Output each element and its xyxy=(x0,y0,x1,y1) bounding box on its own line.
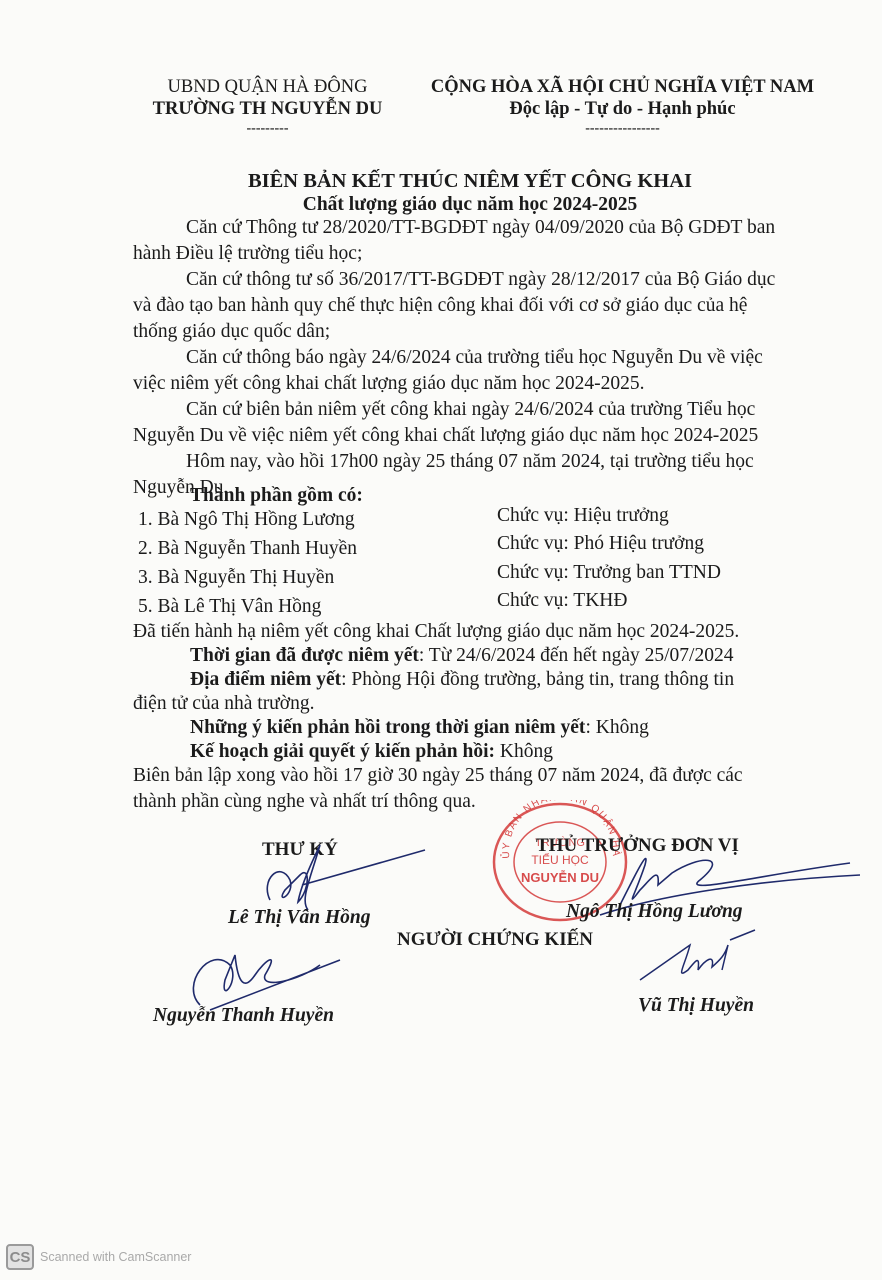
header-right: CỘNG HÒA XÃ HỘI CHỦ NGHĨA VIỆT NAM Độc l… xyxy=(415,76,830,136)
body-line: Căn cứ Thông tư 28/2020/TT-BGDĐT ngày 04… xyxy=(186,216,775,240)
posting-place-value: : Phòng Hội đồng trường, bảng tin, trang… xyxy=(341,669,734,690)
member-role: Chức vụ: TKHĐ xyxy=(497,589,627,613)
camscanner-logo-icon: CS xyxy=(6,1244,34,1270)
document-subtitle: Chất lượng giáo dục năm học 2024-2025 xyxy=(120,194,820,216)
body-line: và đào tạo ban hành quy chế thực hiện cô… xyxy=(133,294,747,318)
member-name: 2. Bà Nguyễn Thanh Huyền xyxy=(138,537,357,561)
header-right-divider: ---------------- xyxy=(415,122,830,136)
body-line: Căn cứ biên bản niêm yết công khai ngày … xyxy=(186,398,755,422)
posting-time-value: : Từ 24/6/2024 đến hết ngày 25/07/2024 xyxy=(419,645,734,666)
body-line: Nguyễn Du về việc niêm yết công khai chấ… xyxy=(133,424,758,448)
posting-time: Thời gian đã được niêm yết: Từ 24/6/2024… xyxy=(190,644,733,668)
secretary-name: Lê Thị Vân Hồng xyxy=(228,906,370,930)
camscanner-watermark: CS Scanned with CamScanner xyxy=(6,1244,191,1270)
head-name: Ngô Thị Hồng Lương xyxy=(566,900,743,924)
members-heading: Thành phần gồm có: xyxy=(190,484,363,508)
feedback: Những ý kiến phản hồi trong thời gian ni… xyxy=(190,716,649,740)
closing-line-1: Biên bản lập xong vào hồi 17 giờ 30 ngày… xyxy=(133,764,743,788)
document-title: BIÊN BẢN KẾT THÚC NIÊM YẾT CÔNG KHAI xyxy=(120,170,820,193)
witness-title: NGƯỜI CHỨNG KIẾN xyxy=(397,928,593,952)
witness1-signature-icon xyxy=(170,935,370,1015)
body-line: việc niêm yết công khai chất lượng giáo … xyxy=(133,372,645,396)
posting-place-label: Địa điểm niêm yết xyxy=(190,669,341,690)
witness2-name: Vũ Thị Huyền xyxy=(638,994,754,1018)
national-title: CỘNG HÒA XÃ HỘI CHỦ NGHĨA VIỆT NAM xyxy=(415,76,830,98)
body-line: Hôm nay, vào hồi 17h00 ngày 25 tháng 07 … xyxy=(186,450,754,474)
witness1-name: Nguyễn Thanh Huyền xyxy=(153,1004,334,1028)
header-left: UBND QUẬN HÀ ĐÔNG TRƯỜNG TH NGUYỄN DU --… xyxy=(140,76,395,136)
body-line: Căn cứ thông tư số 36/2017/TT-BGDĐT ngày… xyxy=(186,268,775,292)
resolution-plan: Kế hoạch giải quyết ý kiến phản hồi: Khô… xyxy=(190,740,553,764)
member-role: Chức vụ: Trưởng ban TTND xyxy=(497,561,721,585)
feedback-label: Những ý kiến phản hồi trong thời gian ni… xyxy=(190,717,585,738)
header-authority: UBND QUẬN HÀ ĐÔNG xyxy=(140,76,395,98)
plan-label: Kế hoạch giải quyết ý kiến phản hồi: xyxy=(190,741,495,762)
posting-place: Địa điểm niêm yết: Phòng Hội đồng trường… xyxy=(190,668,734,692)
body-line: hành Điều lệ trường tiểu học; xyxy=(133,242,362,266)
witness2-signature-icon xyxy=(630,925,770,995)
member-name: 3. Bà Nguyễn Thị Huyền xyxy=(138,566,334,590)
header-school: TRƯỜNG TH NGUYỄN DU xyxy=(140,98,395,120)
member-role: Chức vụ: Phó Hiệu trưởng xyxy=(497,532,704,556)
removal-statement: Đã tiến hành hạ niêm yết công khai Chất … xyxy=(133,620,739,644)
member-role: Chức vụ: Hiệu trưởng xyxy=(497,504,669,528)
member-name: 1. Bà Ngô Thị Hồng Lương xyxy=(138,508,355,532)
closing-line-2: thành phần cùng nghe và nhất trí thông q… xyxy=(133,790,476,814)
header-left-divider: --------- xyxy=(140,122,395,136)
body-line: Căn cứ thông báo ngày 24/6/2024 của trườ… xyxy=(186,346,763,370)
body-line: thống giáo dục quốc dân; xyxy=(133,320,330,344)
plan-value: Không xyxy=(495,741,553,762)
posting-place-cont: điện tử của nhà trường. xyxy=(133,692,314,716)
feedback-value: : Không xyxy=(585,717,648,738)
member-name: 5. Bà Lê Thị Vân Hồng xyxy=(138,595,321,619)
posting-time-label: Thời gian đã được niêm yết xyxy=(190,645,419,666)
national-motto: Độc lập - Tự do - Hạnh phúc xyxy=(415,98,830,120)
camscanner-text: Scanned with CamScanner xyxy=(40,1250,191,1264)
